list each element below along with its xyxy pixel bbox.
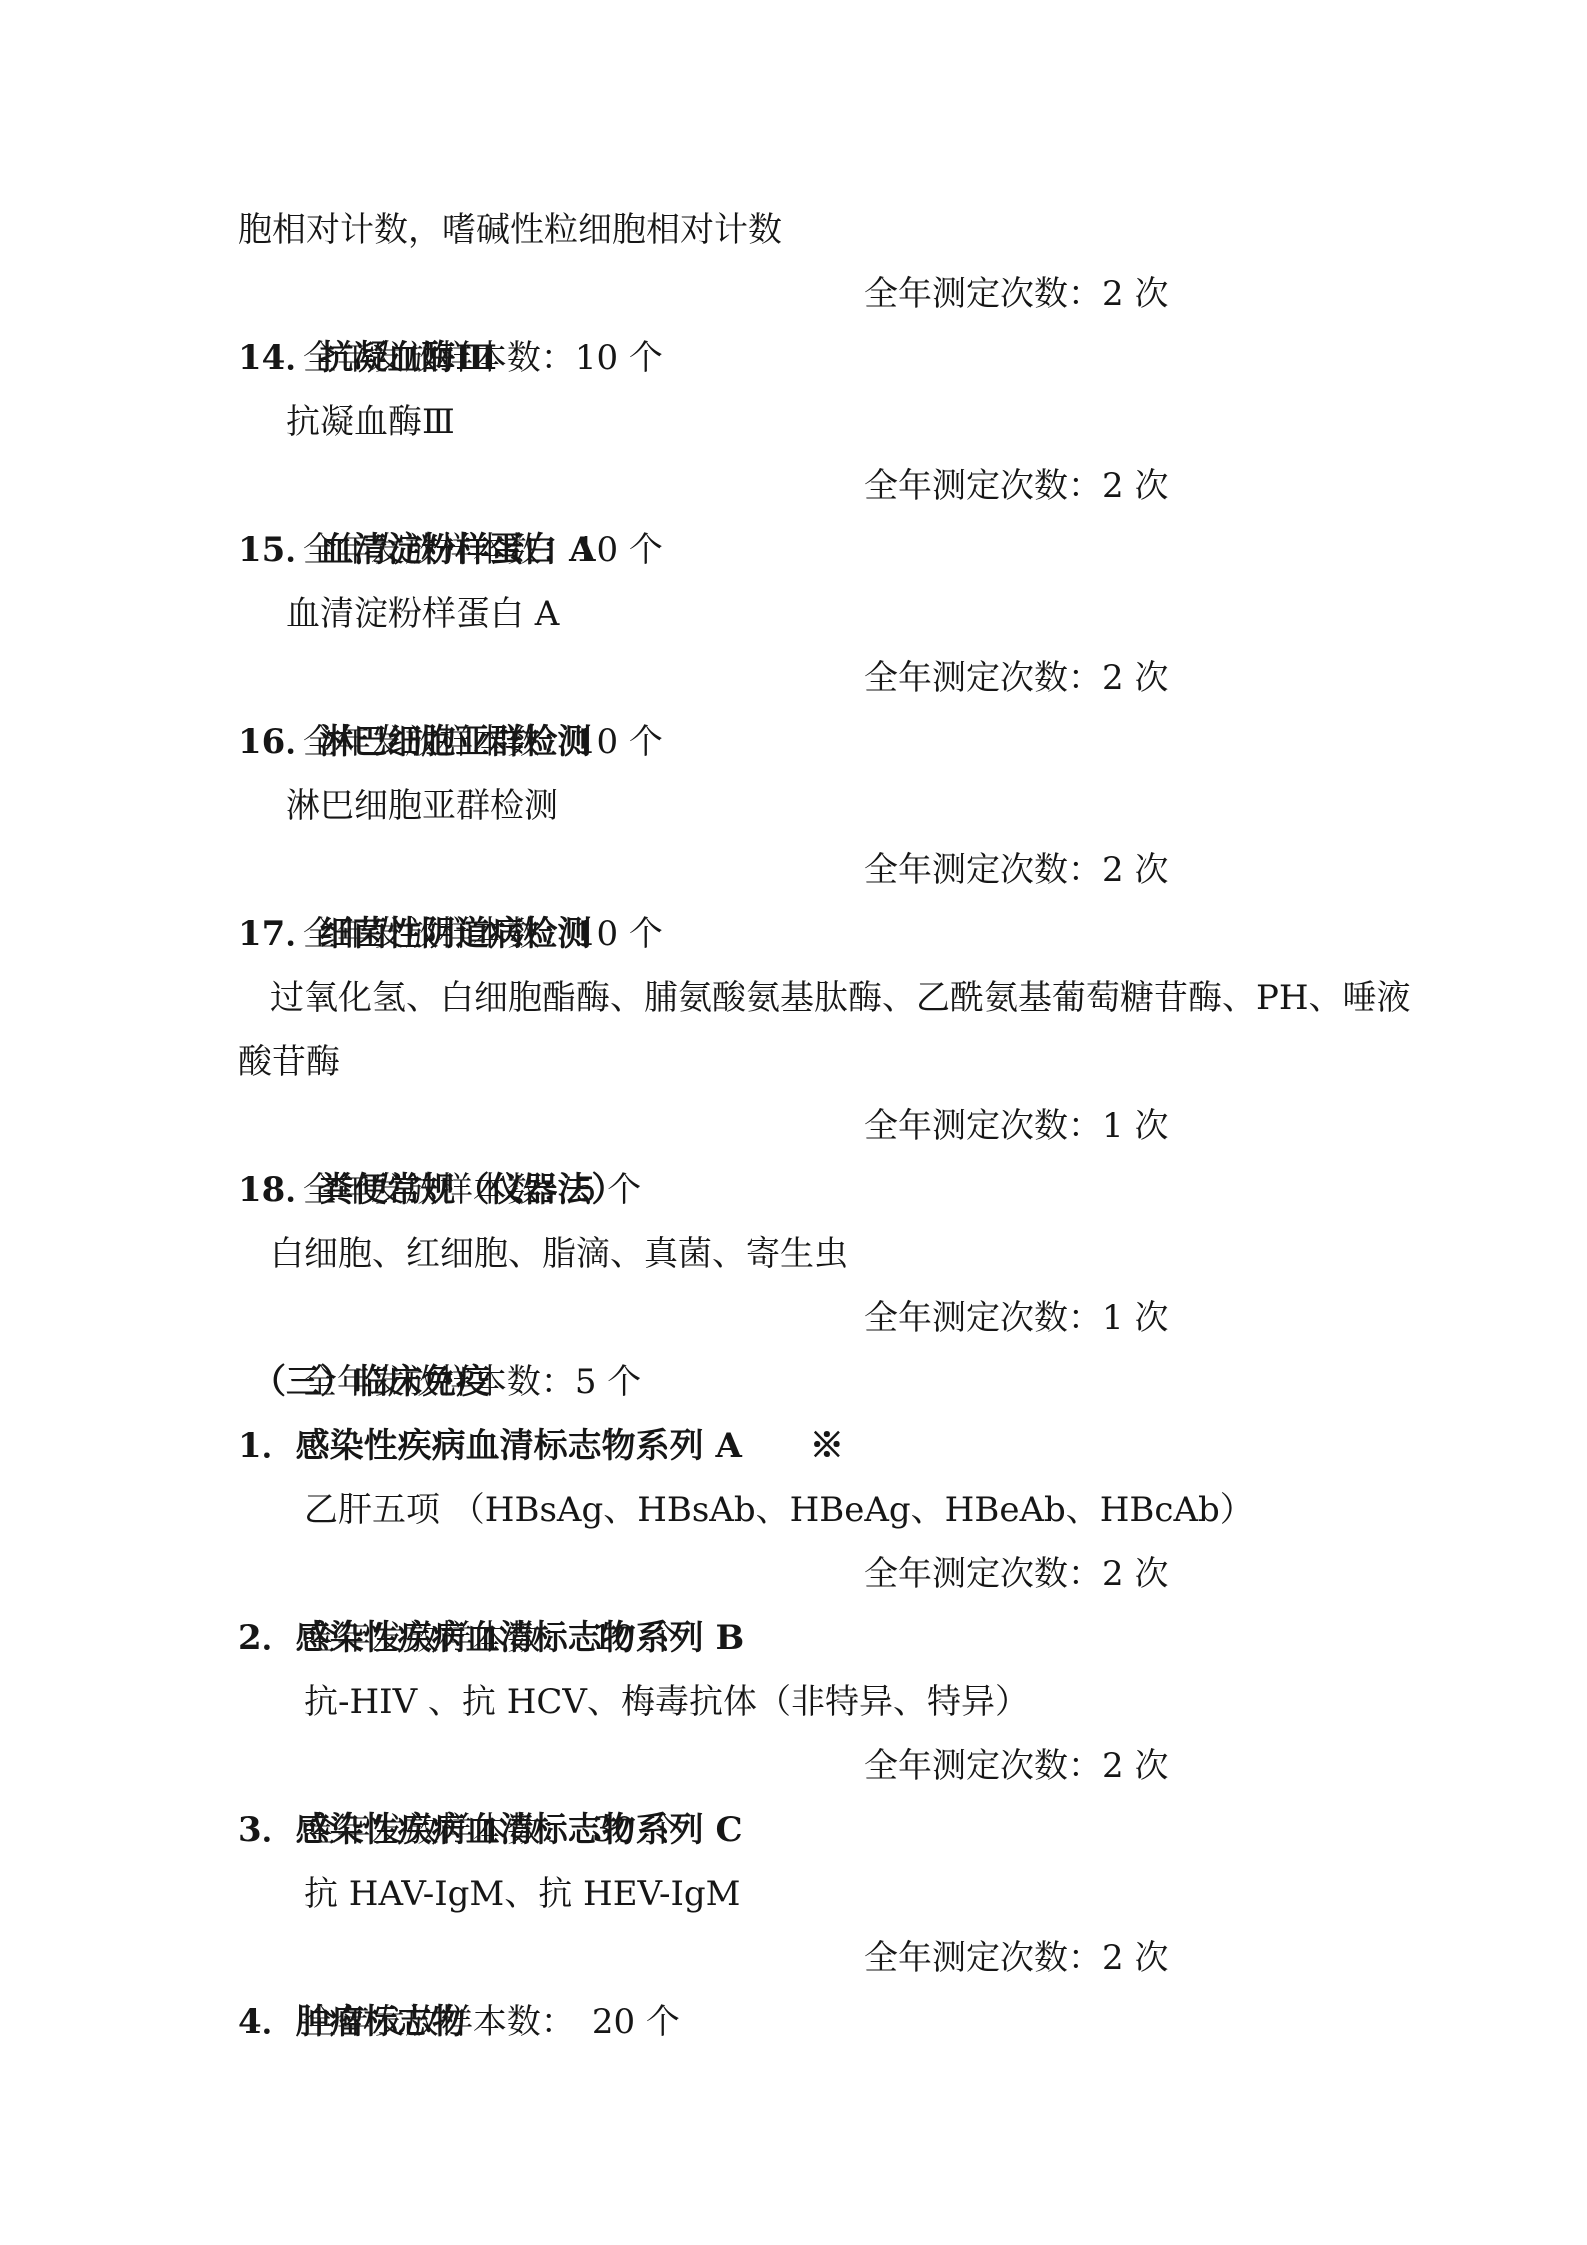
tests-count: 全年测定次数：1 次 bbox=[864, 1094, 1168, 1158]
samples-issued: 全年发放样本数：10 个 bbox=[303, 914, 663, 954]
tests-count-value: 2 次 bbox=[1102, 1938, 1168, 1978]
samples-issued-label: 全年发放样本数： bbox=[303, 1170, 575, 1210]
tests-count-label: 全年测定次数： bbox=[864, 1106, 1102, 1146]
tests-count-label: 全年测定次数： bbox=[864, 466, 1102, 506]
annual-stats-row: 全年发放样本数：10 个 全年测定次数：2 次 bbox=[238, 646, 1348, 710]
item-17-analytes-line-1: 过氧化氢、白细胞酯酶、脯氨酸氨基肽酶、乙酰氨基葡萄糖苷酶、PH、唾液 bbox=[238, 966, 1348, 1030]
page-content: 胞相对计数，嗜碱性粒细胞相对计数 全年发放样本数：10 个 全年测定次数：2 次… bbox=[238, 198, 1348, 2054]
tests-count-label: 全年测定次数： bbox=[864, 274, 1102, 314]
tests-count-value: 1 次 bbox=[1102, 1298, 1168, 1338]
tests-count: 全年测定次数：2 次 bbox=[864, 454, 1168, 518]
annual-stats-row: 全年发放样本数：10 个 全年测定次数：2 次 bbox=[238, 454, 1348, 518]
tests-count-label: 全年测定次数： bbox=[864, 1746, 1102, 1786]
tests-count-value: 2 次 bbox=[1102, 658, 1168, 698]
samples-issued-label: 全年发放样本数： bbox=[303, 722, 575, 762]
tests-count: 全年测定次数：2 次 bbox=[864, 1734, 1168, 1798]
tests-count-label: 全年测定次数： bbox=[864, 850, 1102, 890]
tests-count-label: 全年测定次数： bbox=[864, 1298, 1102, 1338]
samples-issued-value: 10 个 bbox=[575, 914, 663, 954]
tests-count: 全年测定次数：2 次 bbox=[864, 262, 1168, 326]
samples-issued-label: 全年发放样本数： bbox=[303, 2002, 558, 2042]
annual-stats-row: 全年发放样本数：10 个 全年测定次数：2 次 bbox=[238, 838, 1348, 902]
annual-stats-row: 全年发放样本数： 30 个 全年测定次数：2 次 bbox=[238, 1734, 1348, 1798]
samples-issued: 全年发放样本数：10 个 bbox=[303, 530, 663, 570]
samples-issued: 全年发放样本数：10 个 bbox=[303, 338, 663, 378]
annual-stats-row: 全年发放样本数： 20 个 全年测定次数：2 次 bbox=[238, 1926, 1348, 1990]
samples-issued: 全年发放样本数：5 个 bbox=[303, 1170, 641, 1210]
annual-stats-row: 全年发放样本数：5 个 全年测定次数：1 次 bbox=[238, 1286, 1348, 1350]
samples-issued-value: 10 个 bbox=[575, 530, 663, 570]
samples-issued: 全年发放样本数：10 个 bbox=[303, 722, 663, 762]
samples-issued-value: 30 个 bbox=[558, 1810, 680, 1850]
tests-count-label: 全年测定次数： bbox=[864, 1554, 1102, 1594]
samples-issued-label: 全年发放样本数： bbox=[303, 338, 575, 378]
samples-issued-value: 5 个 bbox=[575, 1362, 641, 1402]
tests-count-label: 全年测定次数： bbox=[864, 658, 1102, 698]
item-heading-1: 1．感染性疾病血清标志物系列 A ※ bbox=[238, 1414, 1348, 1478]
samples-issued-value: 20 个 bbox=[558, 2002, 680, 2042]
tests-count: 全年测定次数：2 次 bbox=[864, 838, 1168, 902]
samples-issued-label: 全年发放样本数： bbox=[303, 1810, 558, 1850]
tests-count-value: 2 次 bbox=[1102, 466, 1168, 506]
annual-stats-row: 全年发放样本数：5 个 全年测定次数：1 次 bbox=[238, 1094, 1348, 1158]
tests-count: 全年测定次数：2 次 bbox=[864, 1926, 1168, 1990]
samples-issued-value: 5 个 bbox=[575, 1170, 641, 1210]
samples-issued: 全年发放样本数： 30 个 bbox=[303, 1810, 680, 1850]
tests-count: 全年测定次数：1 次 bbox=[864, 1286, 1168, 1350]
item-1-analytes: 乙肝五项 （HBsAg、HBsAb、HBeAg、HBeAb、HBcAb） bbox=[238, 1478, 1348, 1542]
samples-issued-label: 全年发放样本数： bbox=[303, 530, 575, 570]
item-2-analytes: 抗-HIV 、抗 HCV、梅毒抗体（非特异、特异） bbox=[238, 1670, 1348, 1734]
samples-issued-value: 10 个 bbox=[575, 338, 663, 378]
samples-issued: 全年发放样本数： 10 个 bbox=[303, 1618, 680, 1658]
tests-count-value: 1 次 bbox=[1102, 1106, 1168, 1146]
item-14-analytes: 抗凝血酶Ⅲ bbox=[238, 390, 1348, 454]
tests-count-value: 2 次 bbox=[1102, 850, 1168, 890]
item-16-analytes: 淋巴细胞亚群检测 bbox=[238, 774, 1348, 838]
annual-stats-row: 全年发放样本数： 10 个 全年测定次数：2 次 bbox=[238, 1542, 1348, 1606]
tests-count-label: 全年测定次数： bbox=[864, 1938, 1102, 1978]
tests-count-value: 2 次 bbox=[1102, 1554, 1168, 1594]
samples-issued-value: 10 个 bbox=[575, 722, 663, 762]
tests-count-value: 2 次 bbox=[1102, 274, 1168, 314]
samples-issued-label: 全年发放样本数： bbox=[303, 914, 575, 954]
tests-count: 全年测定次数：2 次 bbox=[864, 646, 1168, 710]
samples-issued: 全年发放样本数： 20 个 bbox=[303, 2002, 680, 2042]
continuation-text: 胞相对计数，嗜碱性粒细胞相对计数 bbox=[238, 198, 1348, 262]
item-15-analytes: 血清淀粉样蛋白 A bbox=[238, 582, 1348, 646]
tests-count: 全年测定次数：2 次 bbox=[864, 1542, 1168, 1606]
item-3-analytes: 抗 HAV-IgM、抗 HEV-IgM bbox=[238, 1862, 1348, 1926]
samples-issued-value: 10 个 bbox=[558, 1618, 680, 1658]
samples-issued-label: 全年发放样本数： bbox=[303, 1362, 575, 1402]
tests-count-value: 2 次 bbox=[1102, 1746, 1168, 1786]
document-page: 胞相对计数，嗜碱性粒细胞相对计数 全年发放样本数：10 个 全年测定次数：2 次… bbox=[0, 0, 1587, 2245]
item-17-analytes-line-2: 酸苷酶 bbox=[238, 1030, 1348, 1094]
item-18-analytes: 白细胞、红细胞、脂滴、真菌、寄生虫 bbox=[238, 1222, 1348, 1286]
samples-issued-label: 全年发放样本数： bbox=[303, 1618, 558, 1658]
annual-stats-row: 全年发放样本数：10 个 全年测定次数：2 次 bbox=[238, 262, 1348, 326]
samples-issued: 全年发放样本数：5 个 bbox=[303, 1362, 641, 1402]
